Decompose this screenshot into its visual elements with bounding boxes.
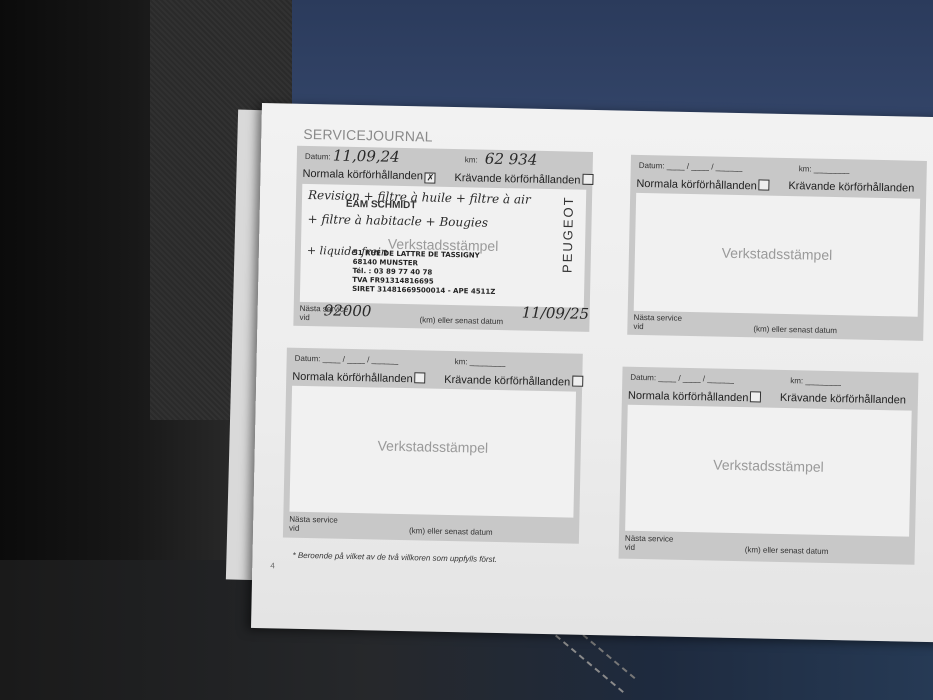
date-row: Datum: 11,09,24 km: 62 934 bbox=[305, 152, 331, 162]
normal-checkbox[interactable]: ✗ bbox=[425, 172, 436, 183]
entry-km: 62 934 bbox=[485, 150, 538, 169]
next-service-km: 92000 bbox=[324, 306, 372, 316]
demanding-checkbox[interactable] bbox=[582, 174, 593, 185]
next-service-date: 11/09/25 bbox=[522, 308, 590, 318]
workshop-stamp-area: Verkstadsstämpel bbox=[289, 386, 576, 518]
page-number: 4 bbox=[270, 561, 275, 570]
workshop-stamp-area: Verkstadsstämpel bbox=[634, 193, 920, 317]
next-service-row: Nästa service vid 92000 (km) eller senas… bbox=[299, 304, 348, 323]
service-journal-page: SERVICEJOURNAL Datum: 11,09,24 km: 62 93… bbox=[251, 103, 933, 643]
service-entry-4: Datum: ____ / ____ / ______km: ________ … bbox=[619, 367, 919, 565]
brand-logo: PEUGEOT bbox=[560, 195, 577, 273]
service-note-1: Revision + filtre à huile + filtre à air bbox=[308, 188, 531, 207]
service-entry-2: Datum: ____ / ____ / ______km: ________ … bbox=[627, 155, 927, 341]
footnote: * Beroende på vilket av de två villkoren… bbox=[292, 551, 497, 564]
conditions-row: Normala körförhållanden✗ Krävande körför… bbox=[302, 168, 436, 184]
service-entry-1: Datum: 11,09,24 km: 62 934 Normala körfö… bbox=[293, 146, 593, 332]
demanding-checkbox[interactable] bbox=[572, 376, 583, 387]
normal-checkbox[interactable] bbox=[750, 391, 761, 402]
service-entry-3: Datum: ____ / ____ / ______km: ________ … bbox=[283, 348, 583, 544]
service-note-2: + filtre à habitacle + Bougies bbox=[307, 212, 488, 230]
workshop-stamp-area: Verkstadsstämpel bbox=[625, 405, 912, 537]
service-note-3: + liquide frein bbox=[307, 244, 388, 259]
page-title: SERVICEJOURNAL bbox=[303, 126, 433, 145]
normal-checkbox[interactable] bbox=[759, 179, 770, 190]
normal-checkbox[interactable] bbox=[415, 372, 426, 383]
workshop-stamp-area: Verkstadsstämpel EAM SCHMIDT 51 RUE DE L… bbox=[300, 184, 586, 308]
entry-date: 11,09,24 bbox=[333, 146, 400, 165]
